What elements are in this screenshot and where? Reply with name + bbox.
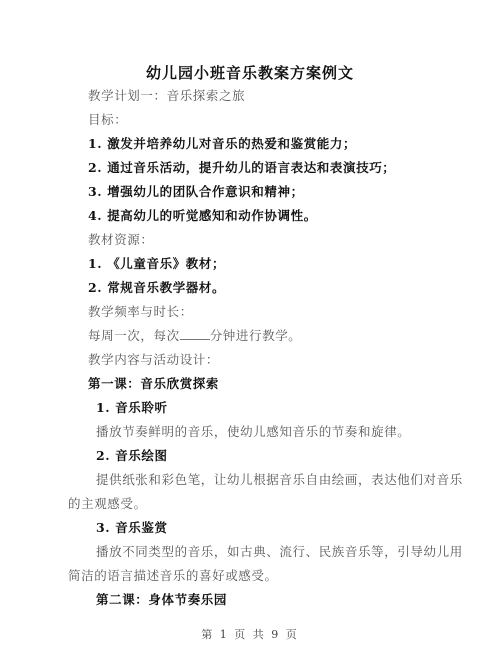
lesson2-title: 第二课：身体节奏乐园	[96, 592, 227, 608]
fill-in-blank	[180, 328, 210, 340]
lesson1-title: 第一课：音乐欣赏探索	[88, 376, 219, 392]
activity-desc: 提供纸张和彩色笔，让幼儿根据音乐自由绘画，表达他们对音乐	[96, 472, 463, 488]
goal-item: 2. 通过音乐活动，提升幼儿的语言表达和表演技巧；	[88, 160, 395, 176]
resource-item: 1. 《儿童音乐》教材；	[88, 256, 225, 272]
goal-item: 3. 增强幼儿的团队合作意识和精神；	[88, 184, 304, 200]
frequency-text: 每周一次，每次分钟进行教学。	[88, 328, 301, 344]
activity-desc: 的主观感受。	[68, 496, 147, 512]
frequency-before-blank: 每周一次，每次	[88, 328, 180, 343]
goal-item: 1. 激发并培养幼儿对音乐的热爱和鉴赏能力；	[88, 136, 356, 152]
goals-label: 目标：	[88, 112, 127, 128]
plan-heading: 教学计划一：音乐探索之旅	[88, 88, 245, 104]
activity-title: 2. 音乐绘图	[96, 448, 168, 464]
document-page: 幼儿园小班音乐教案方案例文 教学计划一：音乐探索之旅 目标： 1. 激发并培养幼…	[0, 0, 500, 647]
activity-desc: 播放节奏鲜明的音乐，使幼儿感知音乐的节奏和旋律。	[96, 424, 410, 440]
resource-item: 2. 常规音乐教学器材。	[88, 280, 225, 296]
content-label: 教学内容与活动设计：	[88, 352, 219, 368]
document-title: 幼儿园小班音乐教案方案例文	[0, 62, 500, 83]
frequency-after-blank: 分钟进行教学。	[210, 328, 302, 343]
page-indicator: 第 1 页 共 9 页	[0, 626, 500, 642]
activity-desc: 简洁的语言描述音乐的喜好或感受。	[68, 568, 278, 584]
frequency-label: 教学频率与时长：	[88, 304, 193, 320]
activity-title: 1. 音乐聆听	[96, 400, 168, 416]
resources-label: 教材资源：	[88, 232, 154, 248]
goal-item: 4. 提高幼儿的听觉感知和动作协调性。	[88, 208, 317, 224]
activity-desc: 播放不同类型的音乐，如古典、流行、民族音乐等，引导幼儿用	[96, 544, 463, 560]
activity-title: 3. 音乐鉴赏	[96, 520, 168, 536]
